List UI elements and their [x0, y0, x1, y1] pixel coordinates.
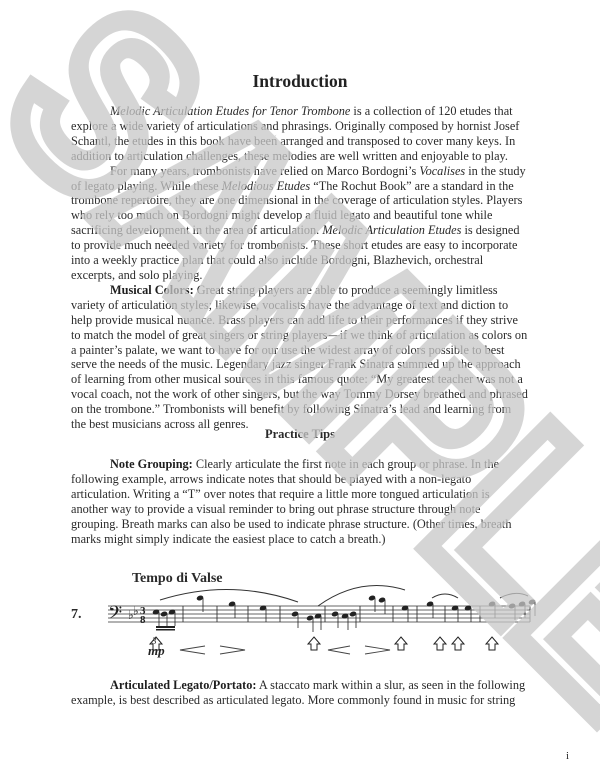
flat-icon: ♭ — [133, 604, 139, 618]
intro-section: Melodic Articulation Etudes for Tenor Tr… — [71, 104, 529, 432]
music-staff: 𝄢 ♭ ♭ 3 8 mp 3 — [60, 570, 540, 670]
page-number: i — [566, 750, 569, 762]
practice-tips-section: Note Grouping: Clearly articulate the fi… — [71, 457, 529, 546]
up-arrow-icon — [434, 637, 446, 650]
paragraph: For many years, trombonists have relied … — [71, 164, 529, 283]
music-example: Tempo di Valse 7. 𝄢 ♭ ♭ 3 8 mp 3 — [60, 570, 540, 670]
tuplet-number: 3 — [151, 636, 157, 646]
page-title: Introduction — [0, 71, 600, 92]
up-arrow-icon — [486, 637, 498, 650]
up-arrow-icon — [308, 637, 320, 650]
paragraph: Articulated Legato/Portato: A staccato m… — [71, 678, 529, 708]
time-signature: 8 — [140, 614, 146, 626]
bass-clef-icon: 𝄢 — [108, 603, 122, 628]
dynamic-marking: mp — [148, 643, 165, 658]
paragraph: Musical Colors: Great string players are… — [71, 283, 529, 432]
document-page: Introduction Melodic Articulation Etudes… — [0, 0, 600, 777]
paragraph: Melodic Articulation Etudes for Tenor Tr… — [71, 104, 529, 164]
paragraph: Note Grouping: Clearly articulate the fi… — [71, 457, 529, 546]
articulated-legato-section: Articulated Legato/Portato: A staccato m… — [71, 678, 529, 708]
up-arrow-icon — [395, 637, 407, 650]
section-heading-practice-tips: Practice Tips — [0, 427, 600, 442]
up-arrow-icon — [452, 637, 464, 650]
